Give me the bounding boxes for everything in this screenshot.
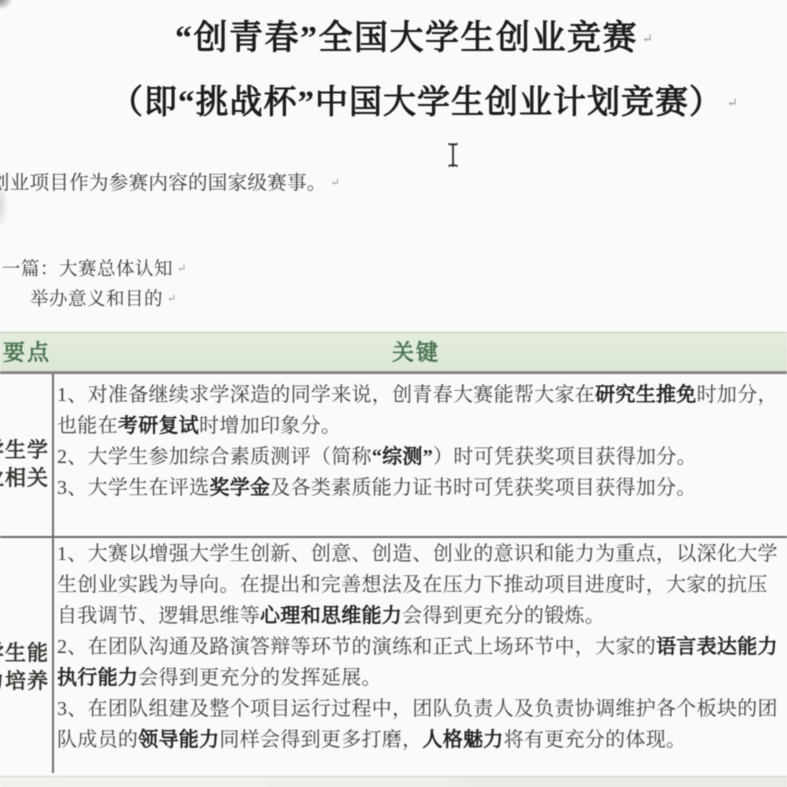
text-cursor-ibeam-icon <box>446 142 460 168</box>
row1-label-line: 学生学 <box>0 436 63 464</box>
table-row2-line: 生创业实践为导向。在提出和完善想法及在压力下推动项目进度时，大家的抗压 <box>57 572 768 598</box>
paragraph-mark-icon: ↵ <box>331 177 340 189</box>
doc-title-line1-text: “创青春”全国大学生创业竞赛 <box>175 20 638 57</box>
row2-label-line: 学生能 <box>0 639 63 667</box>
section-subheading: 举办意义和目的↵ <box>30 288 176 312</box>
table-header-bottom-border <box>0 371 787 374</box>
table-row1-line: 1、对准备继续求学深造的同学来说，创青春大赛能帮大家在研究生推免时加分， <box>57 382 778 408</box>
doc-title-line2: （即“挑战杯”中国大学生创业计划竞赛）↵ <box>110 84 738 122</box>
table-row1-line: 3、大学生在评选奖学金及各类素质能力证书时可凭获奖项目获得加分。 <box>57 475 697 501</box>
table-row2-line: 1、大赛以增强大学生创新、创意、创造、创业的意识和能力为重点，以深化大学 <box>57 541 778 567</box>
table-row1-line: 也能在考研复试时增加印象分。 <box>57 413 341 439</box>
table-header-row: 要点 关键 <box>0 332 787 373</box>
table-row2-line: 执行能力会得到更充分的发挥延展。 <box>57 665 382 691</box>
section-subheading-text: 举办意义和目的 <box>30 290 163 310</box>
doc-title-line1: “创青春”全国大学生创业竞赛↵ <box>175 20 653 58</box>
table-row2-line: 队成员的领导能力同样会得到更多打磨，人格魅力将有更充分的体现。 <box>57 727 686 753</box>
table-row2-line: 2、在团队沟通及路演答辩等环节的演练和正式上场环节中，大家的语言表达能力 <box>57 634 778 660</box>
table-row2-line: 自我调节、逻辑思维等心理和思维能力会得到更充分的锻炼。 <box>57 603 605 629</box>
table-row-divider <box>0 536 787 538</box>
table-header-key: 关键 <box>392 333 440 373</box>
row2-label-line: 力培养 <box>0 667 63 695</box>
document-page[interactable]: “创青春”全国大学生创业竞赛↵ （即“挑战杯”中国大学生创业计划竞赛）↵ 创业项… <box>0 0 787 787</box>
section-heading-text: 一篇：大赛总体认知 <box>2 260 173 280</box>
table-row2-line: 3、在团队组建及整个项目运行过程中，团队负责人及负责协调维护各个板块的团 <box>57 696 778 722</box>
paragraph-mark-icon: ↵ <box>177 263 186 275</box>
paragraph-mark-icon: ↵ <box>167 293 176 305</box>
paragraph-mark-icon: ↵ <box>727 95 738 110</box>
doc-title-line2-text: （即“挑战杯”中国大学生创业计划竞赛） <box>110 85 723 121</box>
intro-paragraph: 创业项目作为参赛内容的国家级赛事。↵ <box>0 171 340 196</box>
table-row1-line: 2、大学生参加综合素质测评（简称“综测”）时可凭获奖项目获得加分。 <box>57 444 697 470</box>
next-section-strip <box>0 776 787 787</box>
intro-paragraph-text: 创业项目作为参赛内容的国家级赛事。 <box>0 173 327 194</box>
section-heading: 一篇：大赛总体认知↵ <box>2 258 186 282</box>
paragraph-mark-icon: ↵ <box>642 31 653 46</box>
table-column-divider <box>52 374 54 773</box>
row1-label-line: 业相关 <box>0 464 63 492</box>
table-header-keypoints: 要点 <box>3 333 51 373</box>
